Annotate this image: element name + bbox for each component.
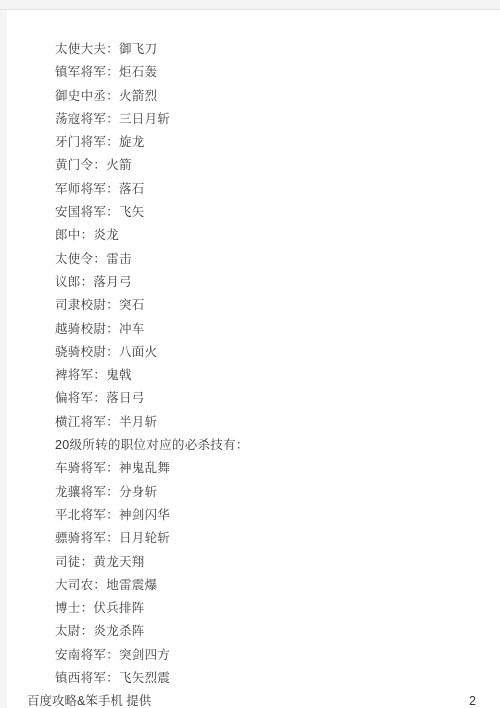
footer-provider-text: 百度攻略&笨手机 提供: [27, 691, 151, 708]
skill-line: 骠骑将军：日月轮斩: [55, 527, 490, 550]
skill-line: 镇军将军：炬石轰: [55, 61, 490, 84]
page-left-margin: [0, 10, 7, 708]
skill-line: 裨将军：鬼戟: [55, 364, 490, 387]
skill-line: 平北将军：神剑闪华: [55, 504, 490, 527]
skill-line: 镇西将军：飞矢烈震: [55, 667, 490, 690]
skill-line: 大司农：地雷震爆: [55, 574, 490, 597]
skill-line: 横江将军：半月斩: [55, 411, 490, 434]
skill-line: 司隶校尉：突石: [55, 294, 490, 317]
skill-line: 安南将军：突剑四方: [55, 644, 490, 667]
skill-line: 骁骑校尉：八面火: [55, 341, 490, 364]
page-separator-band: [0, 0, 500, 10]
skill-line: 太使大夫：御飞刀: [55, 38, 490, 61]
skill-line: 龙骧将军：分身斩: [55, 481, 490, 504]
skill-line: 安国将军：飞矢: [55, 201, 490, 224]
skill-line: 军师将军：落石: [55, 178, 490, 201]
skill-line: 车骑将军：神鬼乱舞: [55, 457, 490, 480]
document-page: 太使大夫：御飞刀 镇军将军：炬石轰 御史中丞：火箭烈 荡寇将军：三日月斩 牙门将…: [7, 10, 500, 708]
skill-list: 太使大夫：御飞刀 镇军将军：炬石轰 御史中丞：火箭烈 荡寇将军：三日月斩 牙门将…: [55, 38, 490, 690]
skill-line: 越骑校尉：冲车: [55, 318, 490, 341]
skill-line: 太使令：雷击: [55, 248, 490, 271]
skill-line: 太尉：炎龙杀阵: [55, 620, 490, 643]
page-number: 2: [469, 694, 476, 708]
skill-line: 博士：伏兵排阵: [55, 597, 490, 620]
skill-line: 牙门将军：旋龙: [55, 131, 490, 154]
skill-line: 荡寇将军：三日月斩: [55, 108, 490, 131]
skill-line: 偏将军：落日弓: [55, 387, 490, 410]
skill-line: 郎中：炎龙: [55, 224, 490, 247]
page-footer: 百度攻略&笨手机 提供 2: [27, 691, 476, 708]
section-heading: 20级所转的职位对应的必杀技有：: [55, 434, 490, 457]
skill-line: 议郎：落月弓: [55, 271, 490, 294]
skill-line: 司徒：黄龙天翔: [55, 551, 490, 574]
skill-line: 黄门令：火箭: [55, 154, 490, 177]
skill-line: 御史中丞：火箭烈: [55, 85, 490, 108]
